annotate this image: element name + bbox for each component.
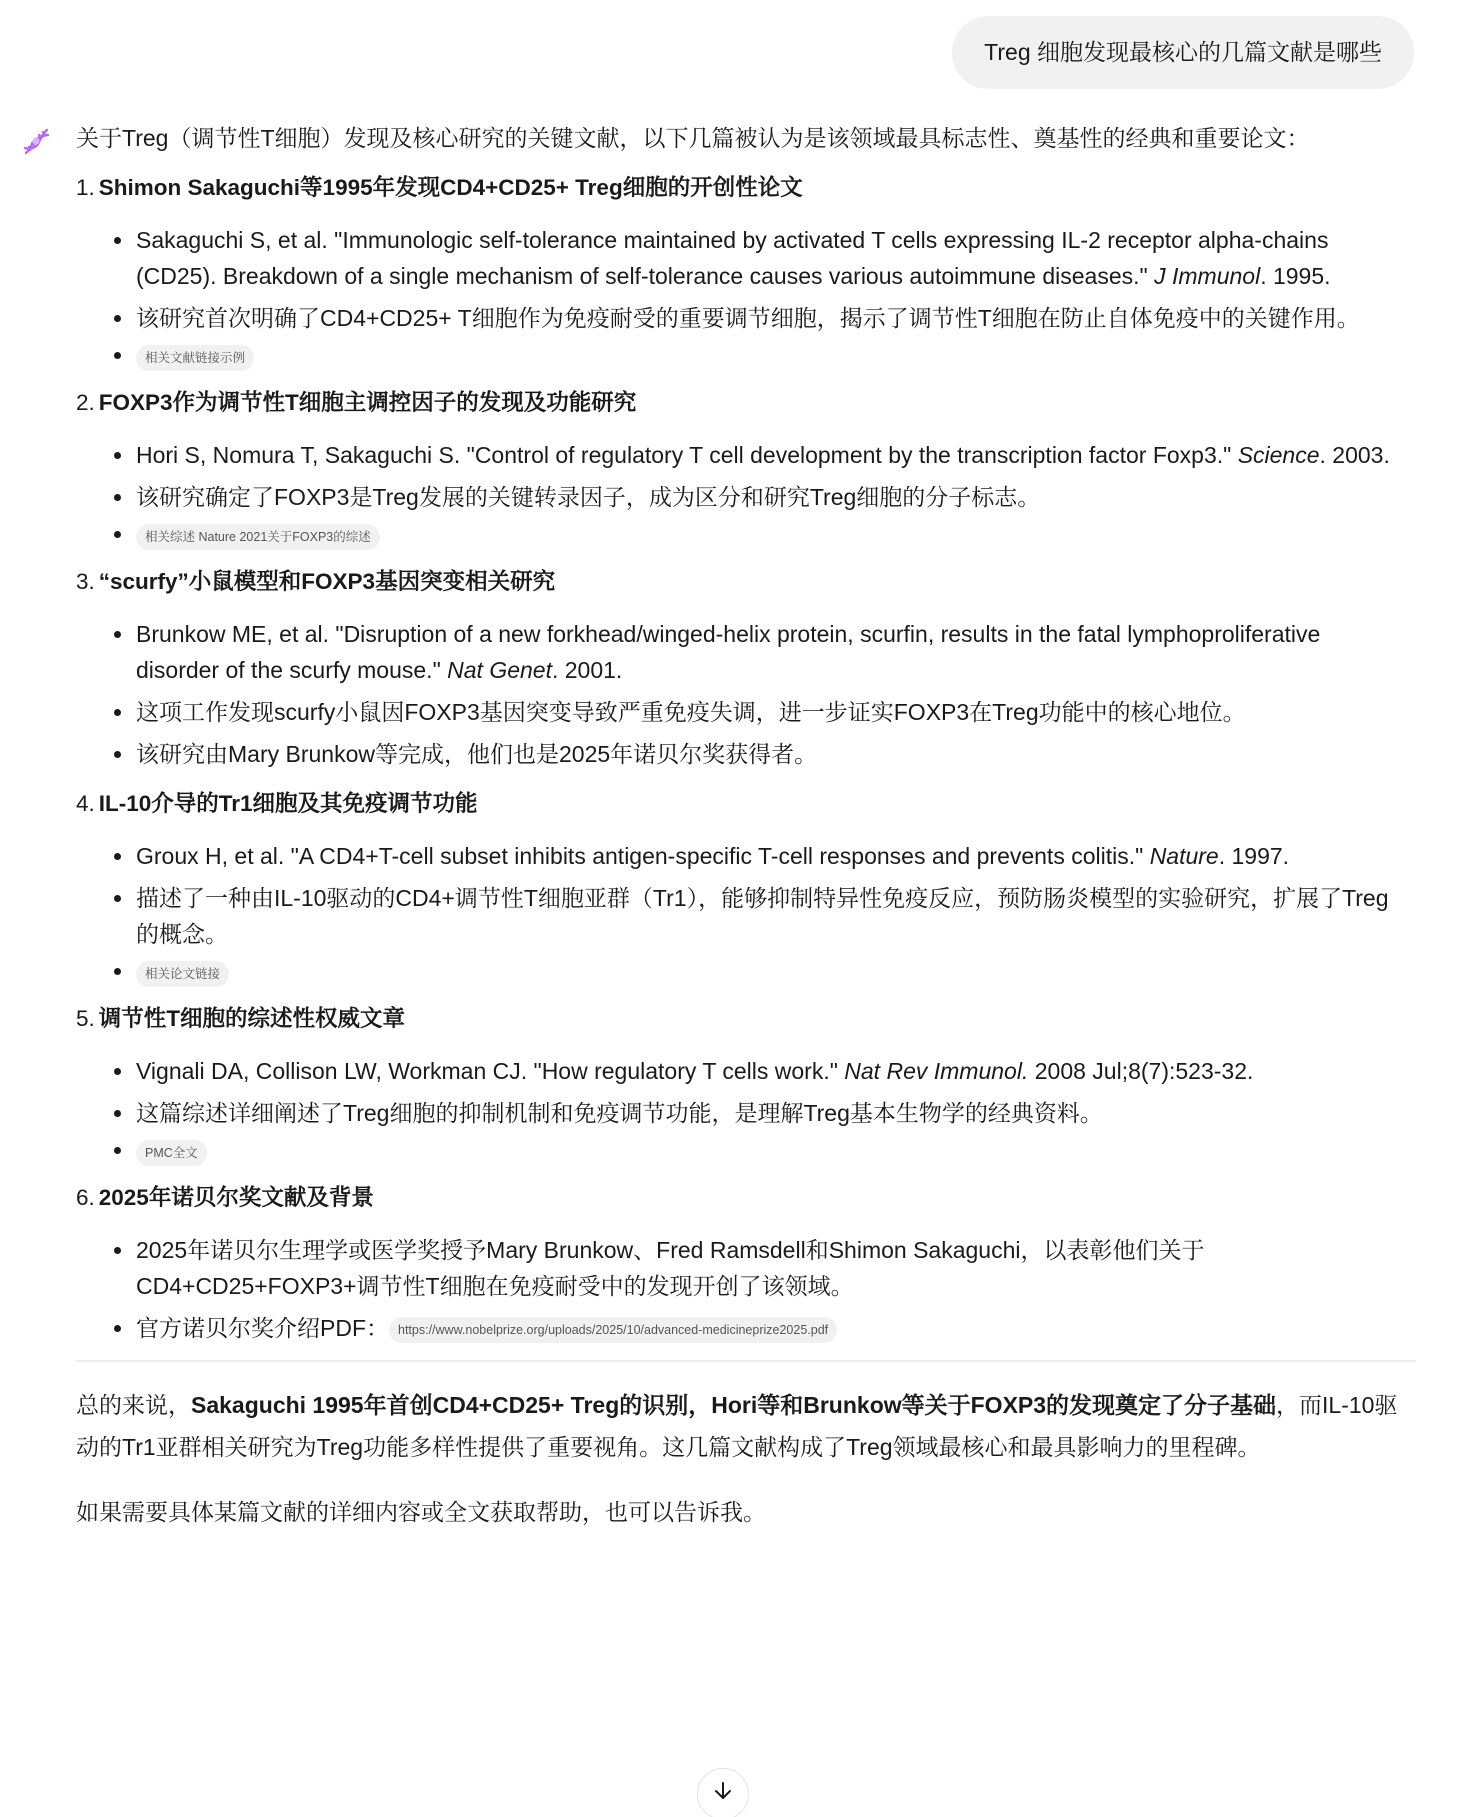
- summary-text: 总的来说，Sakaguchi 1995年首创CD4+CD25+ Treg的识别，…: [76, 1384, 1416, 1468]
- reference-section-6: 6. 2025年诺贝尔奖文献及背景 2025年诺贝尔生理学或医学奖授予Mary …: [76, 1180, 1416, 1346]
- citation-year: . 2003.: [1320, 442, 1390, 468]
- closing-text: 如果需要具体某篇文献的详细内容或全文获取帮助，也可以告诉我。: [76, 1494, 1416, 1530]
- section-title: Shimon Sakaguchi等1995年发现CD4+CD25+ Treg细胞…: [99, 170, 803, 206]
- section-title: IL-10介导的Tr1细胞及其免疫调节功能: [99, 786, 478, 822]
- scroll-to-bottom-button[interactable]: [697, 1768, 749, 1817]
- citation: Brunkow ME, et al. "Disruption of a new …: [136, 616, 1416, 688]
- section-bullets: 2025年诺贝尔生理学或医学奖授予Mary Brunkow、Fred Ramsd…: [76, 1232, 1416, 1346]
- note: 2025年诺贝尔生理学或医学奖授予Mary Brunkow、Fred Ramsd…: [136, 1232, 1416, 1304]
- citation-text: Hori S, Nomura T, Sakaguchi S. "Control …: [136, 442, 1238, 468]
- chip-item: 相关综述 Nature 2021关于FOXP3的综述: [136, 521, 1416, 550]
- chip-item: PMC全文: [136, 1137, 1416, 1166]
- note: 这篇综述详细阐述了Treg细胞的抑制机制和免疫调节功能，是理解Treg基本生物学…: [136, 1095, 1416, 1131]
- reference-link-chip[interactable]: 相关论文链接: [136, 961, 229, 987]
- reference-link-chip[interactable]: 相关综述 Nature 2021关于FOXP3的综述: [136, 524, 380, 550]
- citation: Groux H, et al. "A CD4+T-cell subset inh…: [136, 838, 1416, 874]
- user-message-bubble: Treg 细胞发现最核心的几篇文献是哪些: [952, 16, 1414, 89]
- reference-link-chip[interactable]: PMC全文: [136, 1140, 207, 1166]
- note: 该研究由Mary Brunkow等完成，他们也是2025年诺贝尔奖获得者。: [136, 736, 1416, 772]
- reference-section-5: 5. 调节性T细胞的综述性权威文章 Vignali DA, Collison L…: [76, 1001, 1416, 1166]
- user-message-row: Treg 细胞发现最核心的几篇文献是哪些: [952, 16, 1414, 89]
- citation: Vignali DA, Collison LW, Workman CJ. "Ho…: [136, 1053, 1416, 1089]
- chip-item: 相关论文链接: [136, 958, 1416, 987]
- nobel-pdf-link-chip[interactable]: https://www.nobelprize.org/uploads/2025/…: [389, 1317, 837, 1343]
- section-title: 2025年诺贝尔奖文献及背景: [99, 1180, 374, 1216]
- section-number: 2.: [76, 385, 95, 421]
- section-title: “scurfy”小鼠模型和FOXP3基因突变相关研究: [99, 564, 555, 600]
- reference-section-3: 3. “scurfy”小鼠模型和FOXP3基因突变相关研究 Brunkow ME…: [76, 564, 1416, 772]
- section-bullets: Brunkow ME, et al. "Disruption of a new …: [76, 616, 1416, 772]
- section-heading: 6. 2025年诺贝尔奖文献及背景: [76, 1180, 1416, 1216]
- note: 描述了一种由IL-10驱动的CD4+调节性T细胞亚群（Tr1），能够抑制特异性免…: [136, 880, 1416, 952]
- section-heading: 4. IL-10介导的Tr1细胞及其免疫调节功能: [76, 786, 1416, 822]
- reference-section-1: 1. Shimon Sakaguchi等1995年发现CD4+CD25+ Tre…: [76, 170, 1416, 371]
- reference-section-4: 4. IL-10介导的Tr1细胞及其免疫调节功能 Groux H, et al.…: [76, 786, 1416, 987]
- section-heading: 2. FOXP3作为调节性T细胞主调控因子的发现及功能研究: [76, 385, 1416, 421]
- citation-year: . 1997.: [1219, 843, 1289, 869]
- citation: Hori S, Nomura T, Sakaguchi S. "Control …: [136, 437, 1416, 473]
- citation-text: Groux H, et al. "A CD4+T-cell subset inh…: [136, 843, 1150, 869]
- section-number: 4.: [76, 786, 95, 822]
- citation-year: . 1995.: [1260, 263, 1330, 289]
- section-number: 3.: [76, 564, 95, 600]
- summary-bold: Sakaguchi 1995年首创CD4+CD25+ Treg的识别，Hori等…: [191, 1392, 1276, 1418]
- note: 该研究首次明确了CD4+CD25+ T细胞作为免疫耐受的重要调节细胞，揭示了调节…: [136, 300, 1416, 336]
- arrow-down-icon: [712, 1780, 734, 1808]
- section-bullets: Sakaguchi S, et al. "Immunologic self-to…: [76, 222, 1416, 371]
- section-number: 6.: [76, 1180, 95, 1216]
- journal-name: Nature: [1150, 843, 1219, 869]
- section-heading: 5. 调节性T细胞的综述性权威文章: [76, 1001, 1416, 1037]
- pdf-item: 官方诺贝尔奖介绍PDF：https://www.nobelprize.org/u…: [136, 1310, 1416, 1346]
- citation-text: Brunkow ME, et al. "Disruption of a new …: [136, 621, 1320, 683]
- summary-prefix: 总的来说，: [76, 1392, 191, 1418]
- section-bullets: Groux H, et al. "A CD4+T-cell subset inh…: [76, 838, 1416, 987]
- section-bullets: Vignali DA, Collison LW, Workman CJ. "Ho…: [76, 1053, 1416, 1166]
- section-title: FOXP3作为调节性T细胞主调控因子的发现及功能研究: [99, 385, 637, 421]
- citation-year: 2008 Jul;8(7):523-32.: [1028, 1058, 1253, 1084]
- assistant-content: 关于Treg（调节性T细胞）发现及核心研究的关键文献，以下几篇被认为是该领域最具…: [76, 126, 1416, 1530]
- section-title: 调节性T细胞的综述性权威文章: [99, 1001, 405, 1037]
- journal-name: Nat Genet: [447, 657, 552, 683]
- citation: Sakaguchi S, et al. "Immunologic self-to…: [136, 222, 1416, 294]
- journal-name: Nat Rev Immunol.: [844, 1058, 1028, 1084]
- journal-name: Science: [1238, 442, 1320, 468]
- dna-icon: [20, 126, 52, 158]
- reference-link-chip[interactable]: 相关文献链接示例: [136, 345, 254, 371]
- chip-item: 相关文献链接示例: [136, 342, 1416, 371]
- section-number: 5.: [76, 1001, 95, 1037]
- journal-name: J Immunol: [1154, 263, 1260, 289]
- citation-text: Vignali DA, Collison LW, Workman CJ. "Ho…: [136, 1058, 844, 1084]
- section-heading: 3. “scurfy”小鼠模型和FOXP3基因突变相关研究: [76, 564, 1416, 600]
- note: 这项工作发现scurfy小鼠因FOXP3基因突变导致严重免疫失调，进一步证实FO…: [136, 694, 1416, 730]
- reference-section-2: 2. FOXP3作为调节性T细胞主调控因子的发现及功能研究 Hori S, No…: [76, 385, 1416, 550]
- citation-text: Sakaguchi S, et al. "Immunologic self-to…: [136, 227, 1328, 289]
- pdf-label: 官方诺贝尔奖介绍PDF：: [136, 1315, 389, 1341]
- note: 该研究确定了FOXP3是Treg发展的关键转录因子，成为区分和研究Treg细胞的…: [136, 479, 1416, 515]
- section-bullets: Hori S, Nomura T, Sakaguchi S. "Control …: [76, 437, 1416, 550]
- divider: [76, 1360, 1416, 1362]
- intro-text: 关于Treg（调节性T细胞）发现及核心研究的关键文献，以下几篇被认为是该领域最具…: [76, 120, 1416, 156]
- section-heading: 1. Shimon Sakaguchi等1995年发现CD4+CD25+ Tre…: [76, 170, 1416, 206]
- section-number: 1.: [76, 170, 95, 206]
- citation-year: . 2001.: [552, 657, 622, 683]
